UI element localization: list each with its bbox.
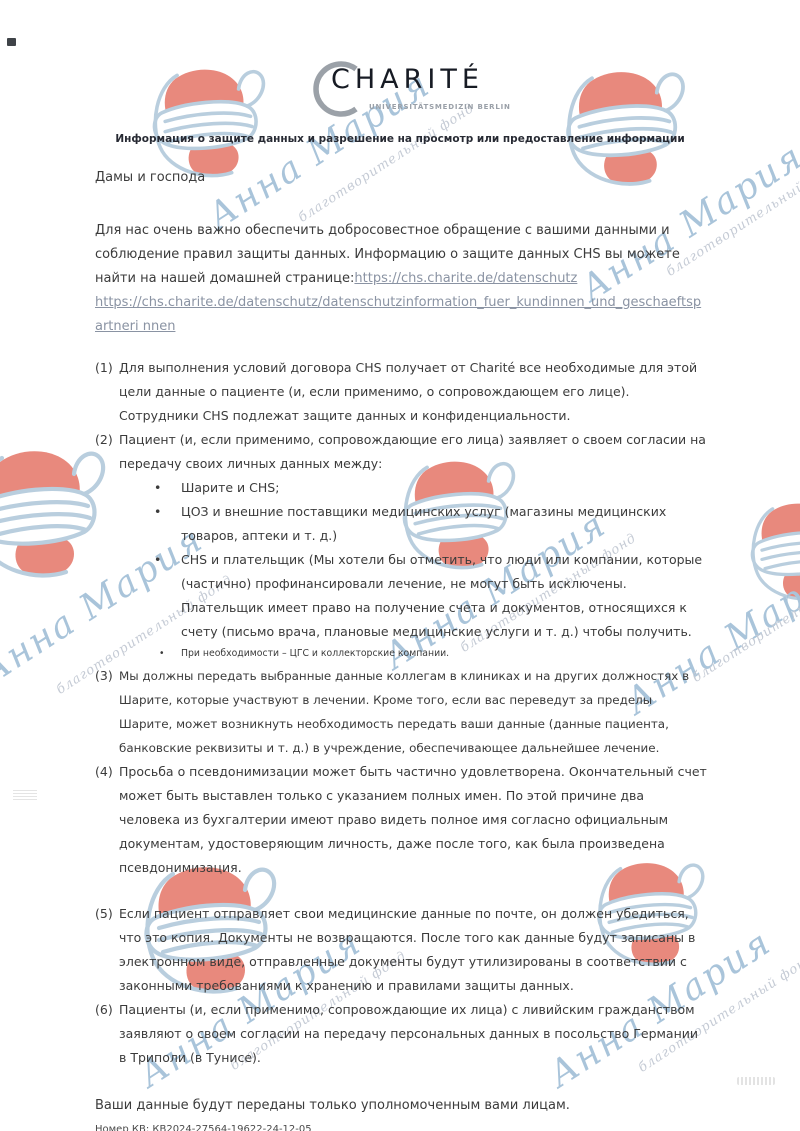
- bullet-item: •При необходимости – ЦГС и коллекторские…: [149, 644, 709, 664]
- charite-logo-text: CHARITÉ: [331, 64, 484, 95]
- charite-logo-subtitle: UNIVERSITÄTSMEDIZIN BERLIN: [369, 103, 511, 111]
- list-item-marker: (2): [95, 428, 119, 664]
- list-item-text: Мы должны передать выбранные данные колл…: [119, 664, 709, 760]
- list-item-marker: (4): [95, 760, 119, 880]
- datenschutz-link-1[interactable]: https://chs.charite.de/datenschutz: [354, 271, 577, 286]
- list-item-text: Пациенты (и, если применимо, сопровождаю…: [119, 998, 709, 1070]
- bullet-text: ЦОЗ и внешние поставщики медицинских усл…: [181, 500, 709, 548]
- bullet-dot-icon: •: [149, 548, 181, 644]
- list-item-4: (4)Просьба о псевдонимизации может быть …: [95, 760, 709, 880]
- bullet-dot-icon: •: [149, 644, 181, 664]
- salutation: Дамы и господа: [95, 168, 709, 188]
- left-edge-smudge: [13, 788, 37, 800]
- bullet-item: •CHS и плательщик (Мы хотели бы отметить…: [149, 548, 709, 644]
- list-item-marker: (5): [95, 902, 119, 998]
- numbered-list: (1)Для выполнения условий договора CHS п…: [95, 356, 709, 1070]
- list-item-6: (6)Пациенты (и, если применимо, сопровож…: [95, 998, 709, 1070]
- bullet-dot-icon: •: [149, 476, 181, 500]
- list-item-text: Для выполнения условий договора CHS полу…: [119, 356, 709, 428]
- document-number: Номер КВ: КВ2024-27564-19622-24-12-05: [95, 1124, 709, 1131]
- list-item-text: Пациент (и, если применимо, сопровождающ…: [119, 428, 709, 664]
- bullet-text: Шарите и CHS;: [181, 476, 279, 500]
- scan-speck: [7, 38, 16, 46]
- corner-faint-text-smudge: [737, 1077, 775, 1085]
- intro-paragraph: Для нас очень важно обеспечить добросове…: [95, 219, 709, 339]
- datenschutz-link-2[interactable]: https://chs.charite.de/datenschutz/daten…: [95, 295, 701, 334]
- bullet-text: При необходимости – ЦГС и коллекторские …: [181, 644, 449, 664]
- bullet-item: •ЦОЗ и внешние поставщики медицинских ус…: [149, 500, 709, 548]
- bullet-text: CHS и плательщик (Мы хотели бы отметить,…: [181, 548, 709, 644]
- bullet-item: •Шарите и CHS;: [149, 476, 709, 500]
- bullet-list: •Шарите и CHS;•ЦОЗ и внешние поставщики …: [149, 476, 709, 664]
- list-item-marker: (3): [95, 664, 119, 760]
- list-item-text: Просьба о псевдонимизации может быть час…: [119, 760, 709, 880]
- list-item-1: (1)Для выполнения условий договора CHS п…: [95, 356, 709, 428]
- document-title: Информация о защите данных и разрешение …: [0, 133, 800, 145]
- text-column: Дамы и господа Для нас очень важно обесп…: [95, 168, 709, 1131]
- list-item-5: (5)Если пациент отправляет свои медицинс…: [95, 902, 709, 998]
- list-item-text: Если пациент отправляет свои медицинские…: [119, 902, 709, 998]
- list-item-marker: (6): [95, 998, 119, 1070]
- bullet-dot-icon: •: [149, 500, 181, 548]
- document-page: Анна МарияАнна МарияАнна МарияАнна Мария…: [0, 0, 800, 1131]
- list-item-2: (2)Пациент (и, если применимо, сопровожд…: [95, 428, 709, 664]
- list-item-3: (3)Мы должны передать выбранные данные к…: [95, 664, 709, 760]
- list-item-marker: (1): [95, 356, 119, 428]
- closing-line: Ваши данные будут переданы только уполно…: [95, 1096, 709, 1116]
